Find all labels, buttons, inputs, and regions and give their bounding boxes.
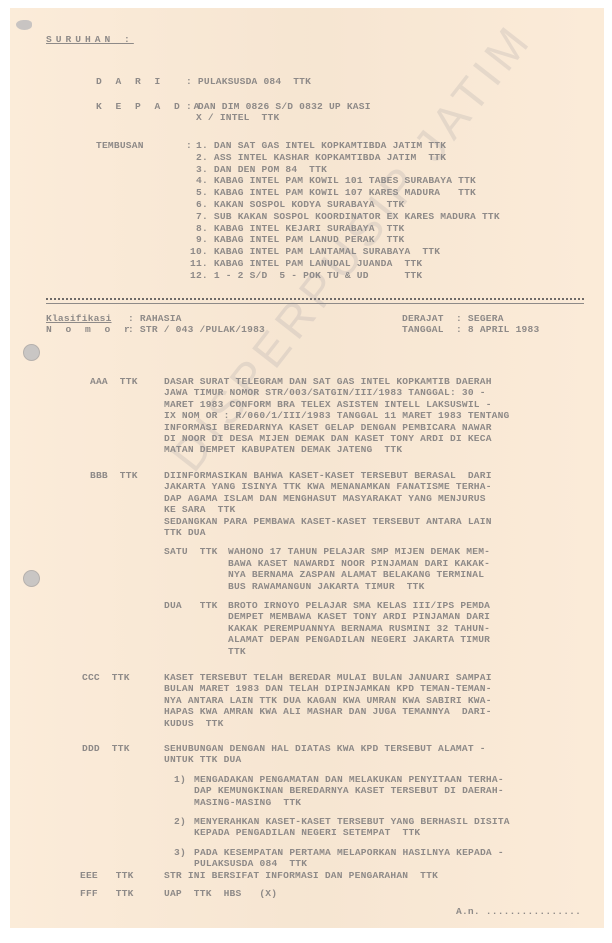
section-line: STR INI BERSIFAT INFORMASI DAN PENGARAHA…: [164, 870, 438, 881]
subitem-code: SATU TTK: [164, 546, 218, 557]
section-code: DDD TTK: [82, 743, 130, 754]
tembusan-item: 6. KAKAN SOSPOL KODYA SURABAYA TTK: [196, 199, 405, 210]
punch-hole-bottom: [23, 570, 40, 587]
document-page: SURUHAN : D A R I : PULAKSUSDA 084 TTK K…: [10, 8, 604, 928]
section-line: KUDUS TTK: [164, 718, 224, 729]
section-line: UAP TTK HBS (X): [164, 888, 277, 899]
derajat-value: : SEGERA: [456, 313, 504, 324]
subitem-line: KAKAK PEREMPUANNYA BERNAMA RUSMINI 32 TA…: [228, 623, 490, 634]
section-divider: [46, 298, 584, 304]
section-line: DAP AGAMA ISLAM DAN MENGHASUT MASYARAKAT…: [164, 493, 486, 504]
signature-line: A.n. ................: [456, 906, 581, 917]
tembusan-item: 9. KABAG INTEL PAM LANUD PERAK TTK: [196, 234, 405, 245]
numbered-line: PULAKSUSDA 084 TTK: [194, 858, 307, 869]
numbered-marker: 2): [174, 816, 186, 827]
nomor-value: : STR / 043 /PULAK/1983: [128, 324, 265, 335]
tembusan-item: 5. KABAG INTEL PAM KOWIL 107 KARES MADUR…: [196, 187, 476, 198]
dari-value: : PULAKSUSDA 084 TTK: [186, 76, 311, 87]
tembusan-label: TEMBUSAN: [96, 140, 144, 151]
punch-hole-top: [23, 344, 40, 361]
tembusan-item: 8. KABAG INTEL KEJARI SURABAYA TTK: [196, 223, 405, 234]
section-line: JAWA TIMUR NOMOR STR/003/SATGIN/III/1983…: [164, 387, 486, 398]
numbered-line: MASING-MASING TTK: [194, 797, 301, 808]
section-code: BBB TTK: [90, 470, 138, 481]
dari-label: D A R I: [96, 76, 164, 87]
tembusan-item: 7. SUB KAKAN SOSPOL KOORDINATOR EX KARES…: [196, 211, 500, 222]
tanggal-label: TANGGAL: [402, 324, 444, 335]
numbered-line: MENYERAHKAN KASET-KASET TERSEBUT YANG BE…: [194, 816, 510, 827]
section-line: DI NOOR DI DESA MIJEN DEMAK DAN KASET TO…: [164, 433, 492, 444]
section-line: MARET 1983 CONFORM BRA TELEX ASISTEN INT…: [164, 399, 492, 410]
section-line: NYA ANTARA LAIN TTK DUA KAGAN KWA UMRAN …: [164, 695, 492, 706]
numbered-marker: 1): [174, 774, 186, 785]
paper-stain: [16, 20, 32, 30]
subitem-line: TTK: [228, 646, 246, 657]
section-line: DASAR SURAT TELEGRAM DAN SAT GAS INTEL K…: [164, 376, 492, 387]
kepada-value: : DAN DIM 0826 S/D 0832 UP KASI: [186, 101, 371, 112]
subitem-code: DUA TTK: [164, 600, 218, 611]
subitem-line: NYA BERNAMA ZASPAN ALAMAT BELAKANG TERMI…: [228, 569, 484, 580]
klasifikasi-label: Klasifikasi: [46, 313, 112, 324]
subitem-line: BAWA KASET NAWARDI NOOR PINJAMAN DARI KA…: [228, 558, 490, 569]
section-line: UNTUK TTK DUA: [164, 754, 241, 765]
numbered-line: PADA KESEMPATAN PERTAMA MELAPORKAN HASIL…: [194, 847, 504, 858]
tembusan-item: 2. ASS INTEL KASHAR KOPKAMTIBDA JATIM TT…: [196, 152, 446, 163]
nomor-label: N o m o r: [46, 324, 134, 335]
tembusan-item: 11. KABAG INTEL PAM LANUDAL JUANDA TTK: [190, 258, 422, 269]
numbered-marker: 3): [174, 847, 186, 858]
derajat-label: DERAJAT: [402, 313, 444, 324]
section-code: EEE TTK: [80, 870, 134, 881]
klasifikasi-value: : RAHASIA: [128, 313, 182, 324]
subitem-line: BUS RAWAMANGUN JAKARTA TIMUR TTK: [228, 581, 425, 592]
numbered-line: KEPADA PENGADILAN NEGERI SETEMPAT TTK: [194, 827, 420, 838]
tembusan-item: 12. 1 - 2 S/D 5 - POK TU & UD TTK: [190, 270, 422, 281]
subitem-line: WAHONO 17 TAHUN PELAJAR SMP MIJEN DEMAK …: [228, 546, 490, 557]
section-line: MATAN DEMPET KABUPATEN DEMAK JATENG TTK: [164, 444, 402, 455]
section-line: SEHUBUNGAN DENGAN HAL DIATAS KWA KPD TER…: [164, 743, 486, 754]
tembusan-item: 1. DAN SAT GAS INTEL KOPKAMTIBDA JATIM T…: [196, 140, 446, 151]
subitem-line: BROTO IRNOYO PELAJAR SMA KELAS III/IPS P…: [228, 600, 490, 611]
tembusan-item: 10. KABAG INTEL PAM LANTAMAL SURABAYA TT…: [190, 246, 440, 257]
section-line: DIINFORMASIKAN BAHWA KASET-KASET TERSEBU…: [164, 470, 492, 481]
section-code: FFF TTK: [80, 888, 134, 899]
section-code: AAA TTK: [90, 376, 138, 387]
section-line: INFORMASI BEREDARNYA KASET GELAP DENGAN …: [164, 422, 492, 433]
tanggal-value: : 8 APRIL 1983: [456, 324, 539, 335]
subitem-line: DEMPET MEMBAWA KASET TONY ARDI PINJAMAN …: [228, 611, 490, 622]
tembusan-colon: :: [186, 140, 192, 151]
section-line: JAKARTA YANG ISINYA TTK KWA MENANAMKAN F…: [164, 481, 492, 492]
numbered-line: MENGADAKAN PENGAMATAN DAN MELAKUKAN PENY…: [194, 774, 504, 785]
section-line: BULAN MARET 1983 DAN TELAH DIPINJAMKAN K…: [164, 683, 492, 694]
section-line: IX NOM OR : R/060/1/III/1983 TANGGAL 11 …: [164, 410, 510, 421]
section-code: CCC TTK: [82, 672, 130, 683]
numbered-line: DAP KEMUNGKINAN BEREDARNYA KASET TERSEBU…: [194, 785, 504, 796]
tembusan-item: 4. KABAG INTEL PAM KOWIL 101 TABES SURAB…: [196, 175, 476, 186]
section-line: SEDANGKAN PARA PEMBAWA KASET-KASET TERSE…: [164, 516, 492, 527]
kepada-value-2: X / INTEL TTK: [196, 112, 279, 123]
tembusan-item: 3. DAN DEN POM 84 TTK: [196, 164, 327, 175]
section-line: KE SARA TTK: [164, 504, 236, 515]
section-line: KASET TERSEBUT TELAH BEREDAR MULAI BULAN…: [164, 672, 492, 683]
section-line: HAPAS KWA AMRAN KWA ALI MASHAR DAN JUGA …: [164, 706, 492, 717]
section-line: TTK DUA: [164, 527, 206, 538]
document-heading: SURUHAN :: [46, 34, 134, 45]
subitem-line: ALAMAT DEPAN PENGADILAN NEGERI JAKARTA T…: [228, 634, 490, 645]
